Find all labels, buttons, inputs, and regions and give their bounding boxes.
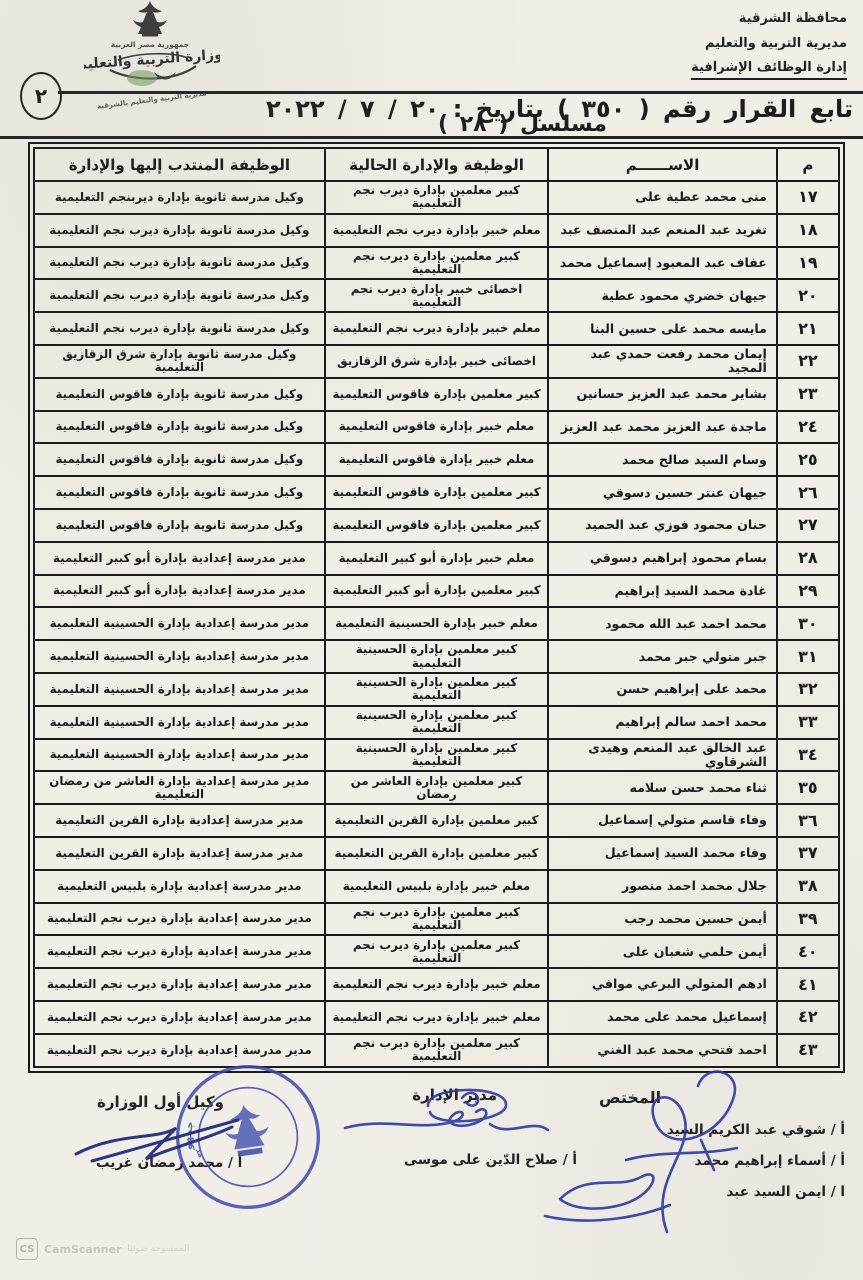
row-current-position: كبير معلمين بإدارة ديرب نجم التعليمية <box>325 181 549 214</box>
row-serial: ٤٣ <box>777 1034 839 1067</box>
table-row: ٢٦ جيهان عنتر حسين دسوقي كبير معلمين بإد… <box>34 476 839 509</box>
official-stamp: جمهورية مصر العربية مديرية التربية والتع… <box>161 1046 334 1228</box>
row-current-position: معلم خبير بإدارة ديرب نجم التعليمية <box>325 214 549 247</box>
row-delegated-position: مدير مدرسة إعدادية بإدارة بلبيس التعليمي… <box>34 870 325 903</box>
col-header-current: الوظيفة والإدارة الحالية <box>325 148 549 181</box>
ministry-emblem-graphic: جمهورية مصر العربية وزارة التربية والتعل… <box>84 0 220 120</box>
row-current-position: كبير معلمين بإدارة القرين التعليمية <box>325 804 549 837</box>
row-current-position: معلم خبير بإدارة ديرب نجم التعليمية <box>325 1001 549 1034</box>
row-delegated-position: مدير مدرسة إعدادية بإدارة أبو كبير التعل… <box>34 542 325 575</box>
row-delegated-position: مدير مدرسة إعدادية بإدارة ديرب نجم التعل… <box>34 903 325 936</box>
row-current-position: كبير معلمين بإدارة الحسينية التعليمية <box>325 640 549 673</box>
row-current-position: كبير معلمين بإدارة الحسينية التعليمية <box>325 739 549 772</box>
row-current-position: معلم خبير بإدارة الحسينية التعليمية <box>325 607 549 640</box>
row-current-position: كبير معلمين بإدارة الحسينية التعليمية <box>325 706 549 739</box>
row-name: مايسه محمد على حسين البنا <box>548 312 777 345</box>
row-name: جيهان خضري محمود عطية <box>548 279 777 312</box>
row-name: وفاء قاسم متولي إسماعيل <box>548 804 777 837</box>
specialist-block: المختص أ / شوقي عبد الكريم السيد أ / أسم… <box>515 1088 845 1200</box>
table-row: ٣٠ محمد احمد عبد الله محمود معلم خبير بإ… <box>34 607 839 640</box>
camscanner-brand: CamScanner <box>44 1243 121 1256</box>
row-name: تغريد عبد المنعم عبد المنصف عبد <box>548 214 777 247</box>
row-serial: ١٨ <box>777 214 839 247</box>
row-delegated-position: وكيل مدرسة ثانوية بإدارة فاقوس التعليمية <box>34 378 325 411</box>
row-name: ثناء محمد حسن سلامه <box>548 771 777 804</box>
row-name: عفاف عبد المعبود إسماعيل محمد <box>548 247 777 280</box>
assignments-table-frame: م الاســــــم الوظيفة والإدارة الحالية ا… <box>28 142 845 1073</box>
emblem-ministry-text: وزارة التربية والتعليم <box>84 47 220 73</box>
top-rule <box>58 91 863 94</box>
row-name: وفاء محمد السيد إسماعيل <box>548 837 777 870</box>
row-current-position: كبير معلمين بإدارة القرين التعليمية <box>325 837 549 870</box>
table-row: ٤١ ادهم المتولي البرعي موافي معلم خبير ب… <box>34 968 839 1001</box>
row-current-position: كبير معلمين بإدارة ديرب نجم التعليمية <box>325 1034 549 1067</box>
table-body: ١٧ منى محمد عطية على كبير معلمين بإدارة … <box>34 181 839 1067</box>
row-current-position: اخصائى خبير بإدارة ديرب نجم التعليمية <box>325 279 549 312</box>
table-row: ٣٦ وفاء قاسم متولي إسماعيل كبير معلمين ب… <box>34 804 839 837</box>
row-current-position: معلم خبير بإدارة فاقوس التعليمية <box>325 411 549 444</box>
ministry-emblem: جمهورية مصر العربية وزارة التربية والتعل… <box>84 0 220 120</box>
row-name: إيمان محمد رفعت حمدي عبد المجيد <box>548 345 777 378</box>
row-serial: ٢١ <box>777 312 839 345</box>
row-delegated-position: وكيل مدرسة ثانوية بإدارة فاقوس التعليمية <box>34 509 325 542</box>
row-name: ماجدة عبد العزيز محمد عبد العزيز <box>548 411 777 444</box>
stamp-top-text: جمهورية مصر العربية <box>161 1060 200 1155</box>
col-header-serial: م <box>777 148 839 181</box>
row-delegated-position: وكيل مدرسة ثانوية بإدارة فاقوس التعليمية <box>34 411 325 444</box>
assignments-table: م الاســــــم الوظيفة والإدارة الحالية ا… <box>33 147 840 1068</box>
row-serial: ٣٤ <box>777 739 839 772</box>
emblem-republic-text: جمهورية مصر العربية <box>111 40 189 49</box>
row-name: بشاير محمد عبد العزيز حسانين <box>548 378 777 411</box>
row-serial: ٣٨ <box>777 870 839 903</box>
row-serial: ٤١ <box>777 968 839 1001</box>
row-serial: ٢٥ <box>777 443 839 476</box>
row-delegated-position: مدير مدرسة إعدادية بإدارة القرين التعليم… <box>34 837 325 870</box>
page-number-badge: ٢ <box>20 72 62 120</box>
row-serial: ٢٧ <box>777 509 839 542</box>
director-title: مدير الإدارة <box>412 1086 497 1104</box>
row-name: عبد الخالق عبد المنعم وهيدى الشرقاوي <box>548 739 777 772</box>
row-serial: ٢٢ <box>777 345 839 378</box>
stamp-eagle-icon <box>222 1102 271 1150</box>
table-row: ٣٧ وفاء محمد السيد إسماعيل كبير معلمين ب… <box>34 837 839 870</box>
row-serial: ٣٢ <box>777 673 839 706</box>
row-name: محمد على إبراهيم حسن <box>548 673 777 706</box>
governorate-line: محافظة الشرقية <box>691 12 847 26</box>
table-row: ١٩ عفاف عبد المعبود إسماعيل محمد كبير مع… <box>34 247 839 280</box>
table-row: ٢١ مايسه محمد على حسين البنا معلم خبير ب… <box>34 312 839 345</box>
table-row: ٢٥ وسام السيد صالح محمد معلم خبير بإدارة… <box>34 443 839 476</box>
scanned-decree-page: جمهورية مصر العربية وزارة التربية والتعل… <box>0 0 863 1280</box>
table-row: ٤٠ أيمن حلمي شعبان على كبير معلمين بإدار… <box>34 935 839 968</box>
table-row: ٢٣ بشاير محمد عبد العزيز حسانين كبير معل… <box>34 378 839 411</box>
row-delegated-position: وكيل مدرسة ثانوية بإدارة ديربنجم التعليم… <box>34 181 325 214</box>
row-delegated-position: مدير مدرسة إعدادية بإدارة ديرب نجم التعل… <box>34 968 325 1001</box>
row-delegated-position: مدير مدرسة إعدادية بإدارة ديرب نجم التعل… <box>34 1001 325 1034</box>
row-serial: ٢٤ <box>777 411 839 444</box>
row-name: جلال محمد احمد منصور <box>548 870 777 903</box>
table-row: ٤٣ احمد فتحي محمد عبد الغني كبير معلمين … <box>34 1034 839 1067</box>
specialist-title: المختص <box>599 1088 845 1107</box>
row-name: منى محمد عطية على <box>548 181 777 214</box>
decree-serial: مسلسل ( ٢٨ ) <box>438 112 607 137</box>
row-delegated-position: مدير مدرسة إعدادية بإدارة ديرب نجم التعل… <box>34 935 325 968</box>
row-name: احمد فتحي محمد عبد الغني <box>548 1034 777 1067</box>
row-serial: ٤٠ <box>777 935 839 968</box>
table-row: ٢٢ إيمان محمد رفعت حمدي عبد المجيد اخصائ… <box>34 345 839 378</box>
table-row: ٢٧ حنان محمود فوزي عبد الحميد كبير معلمي… <box>34 509 839 542</box>
page-number: ٢ <box>35 84 47 108</box>
row-delegated-position: وكيل مدرسة ثانوية بإدارة فاقوس التعليمية <box>34 443 325 476</box>
row-delegated-position: مدير مدرسة إعدادية بإدارة أبو كبير التعل… <box>34 575 325 608</box>
row-serial: ٣٧ <box>777 837 839 870</box>
agency-header: محافظة الشرقية مديرية التربية والتعليم إ… <box>691 12 847 91</box>
row-current-position: كبير معلمين بإدارة العاشر من رمضان <box>325 771 549 804</box>
signature-director-line <box>345 1109 486 1128</box>
row-serial: ٤٢ <box>777 1001 839 1034</box>
specialist-name-1: أ / شوقي عبد الكريم السيد <box>515 1122 845 1138</box>
row-serial: ٢٨ <box>777 542 839 575</box>
row-delegated-position: مدير مدرسة إعدادية بإدارة الحسينية التعل… <box>34 739 325 772</box>
table-row: ٤٢ إسماعيل محمد على محمد معلم خبير بإدار… <box>34 1001 839 1034</box>
row-current-position: كبير معلمين بإدارة فاقوس التعليمية <box>325 509 549 542</box>
row-current-position: كبير معلمين بإدارة ديرب نجم التعليمية <box>325 935 549 968</box>
row-delegated-position: مدير مدرسة إعدادية بإدارة القرين التعليم… <box>34 804 325 837</box>
row-current-position: كبير معلمين بإدارة فاقوس التعليمية <box>325 378 549 411</box>
row-current-position: معلم خبير بإدارة أبو كبير التعليمية <box>325 542 549 575</box>
row-name: محمد احمد عبد الله محمود <box>548 607 777 640</box>
row-name: ادهم المتولي البرعي موافي <box>548 968 777 1001</box>
department-line: إدارة الوظائف الإشرافية <box>691 61 847 80</box>
row-current-position: معلم خبير بإدارة بلبيس التعليمية <box>325 870 549 903</box>
table-row: ٣٣ محمد احمد سالم إبراهيم كبير معلمين بإ… <box>34 706 839 739</box>
row-serial: ٣٥ <box>777 771 839 804</box>
row-current-position: كبير معلمين بإدارة أبو كبير التعليمية <box>325 575 549 608</box>
row-serial: ٣٩ <box>777 903 839 936</box>
table-row: ٢٤ ماجدة عبد العزيز محمد عبد العزيز معلم… <box>34 411 839 444</box>
row-name: حنان محمود فوزي عبد الحميد <box>548 509 777 542</box>
row-delegated-position: مدير مدرسة إعدادية بإدارة الحسينية التعل… <box>34 640 325 673</box>
table-row: ١٧ منى محمد عطية على كبير معلمين بإدارة … <box>34 181 839 214</box>
row-current-position: اخصائى خبير بإدارة شرق الزقازيق <box>325 345 549 378</box>
table-row: ٣٤ عبد الخالق عبد المنعم وهيدى الشرقاوي … <box>34 739 839 772</box>
emblem-green-mark <box>127 70 157 86</box>
row-current-position: كبير معلمين بإدارة فاقوس التعليمية <box>325 476 549 509</box>
specialist-name-3: ا / ايمن السيد عبد <box>515 1184 845 1200</box>
col-header-name: الاســــــم <box>548 148 777 181</box>
table-row: ٣٥ ثناء محمد حسن سلامه كبير معلمين بإدار… <box>34 771 839 804</box>
row-current-position: معلم خبير بإدارة ديرب نجم التعليمية <box>325 968 549 1001</box>
row-current-position: كبير معلمين بإدارة الحسينية التعليمية <box>325 673 549 706</box>
row-delegated-position: مدير مدرسة إعدادية بإدارة الحسينية التعل… <box>34 673 325 706</box>
row-serial: ٣٦ <box>777 804 839 837</box>
row-delegated-position: وكيل مدرسة ثانوية بإدارة ديرب نجم التعلي… <box>34 312 325 345</box>
row-current-position: معلم خبير بإدارة فاقوس التعليمية <box>325 443 549 476</box>
row-serial: ١٩ <box>777 247 839 280</box>
row-name: إسماعيل محمد على محمد <box>548 1001 777 1034</box>
row-name: جيهان عنتر حسين دسوقي <box>548 476 777 509</box>
row-name: جبر متولي جبر محمد <box>548 640 777 673</box>
row-serial: ١٧ <box>777 181 839 214</box>
table-row: ٢٠ جيهان خضري محمود عطية اخصائى خبير بإد… <box>34 279 839 312</box>
eagle-icon <box>133 1 167 34</box>
row-name: بسام محمود إبراهيم دسوقي <box>548 542 777 575</box>
row-delegated-position: مدير مدرسة إعدادية بإدارة الحسينية التعل… <box>34 706 325 739</box>
title-underline <box>0 136 863 139</box>
row-name: وسام السيد صالح محمد <box>548 443 777 476</box>
director-name: أ / صلاح الدّين على موسى <box>404 1152 577 1168</box>
table-row: ١٨ تغريد عبد المنعم عبد المنصف عبد معلم … <box>34 214 839 247</box>
table-row: ٣٨ جلال محمد احمد منصور معلم خبير بإدارة… <box>34 870 839 903</box>
table-row: ٢٨ بسام محمود إبراهيم دسوقي معلم خبير بإ… <box>34 542 839 575</box>
row-current-position: معلم خبير بإدارة ديرب نجم التعليمية <box>325 312 549 345</box>
table-row: ٣١ جبر متولي جبر محمد كبير معلمين بإدارة… <box>34 640 839 673</box>
camscanner-logo-icon: CS <box>16 1238 38 1260</box>
camscanner-note: الممسوحة ضوئيا <box>127 1244 189 1254</box>
table-row: ٣٢ محمد على إبراهيم حسن كبير معلمين بإدا… <box>34 673 839 706</box>
row-serial: ٢٠ <box>777 279 839 312</box>
row-serial: ٣٣ <box>777 706 839 739</box>
row-name: محمد احمد سالم إبراهيم <box>548 706 777 739</box>
row-delegated-position: مدير مدرسة إعدادية بإدارة الحسينية التعل… <box>34 607 325 640</box>
row-delegated-position: مدير مدرسة إعدادية بإدارة العاشر من رمضا… <box>34 771 325 804</box>
col-header-delegated: الوظيفة المنتدب إليها والإدارة <box>34 148 325 181</box>
row-serial: ٢٩ <box>777 575 839 608</box>
row-name: أيمن حسين محمد رجب <box>548 903 777 936</box>
row-serial: ٣٠ <box>777 607 839 640</box>
row-name: أيمن حلمي شعبان على <box>548 935 777 968</box>
table-row: ٢٩ غادة محمد السيد إبراهيم كبير معلمين ب… <box>34 575 839 608</box>
row-delegated-position: وكيل مدرسة ثانوية بإدارة ديرب نجم التعلي… <box>34 247 325 280</box>
row-delegated-position: وكيل مدرسة ثانوية بإدارة ديرب نجم التعلي… <box>34 214 325 247</box>
row-delegated-position: وكيل مدرسة ثانوية بإدارة شرق الزقازيق ال… <box>34 345 325 378</box>
row-name: غادة محمد السيد إبراهيم <box>548 575 777 608</box>
table-row: ٣٩ أيمن حسين محمد رجب كبير معلمين بإدارة… <box>34 903 839 936</box>
directorate-line: مديرية التربية والتعليم <box>691 37 847 51</box>
scanner-watermark: CS CamScanner الممسوحة ضوئيا <box>16 1238 189 1260</box>
table-header-row: م الاســــــم الوظيفة والإدارة الحالية ا… <box>34 148 839 181</box>
row-serial: ٢٣ <box>777 378 839 411</box>
row-serial: ٢٦ <box>777 476 839 509</box>
row-current-position: كبير معلمين بإدارة ديرب نجم التعليمية <box>325 247 549 280</box>
row-delegated-position: وكيل مدرسة ثانوية بإدارة فاقوس التعليمية <box>34 476 325 509</box>
row-current-position: كبير معلمين بإدارة ديرب نجم التعليمية <box>325 903 549 936</box>
row-delegated-position: وكيل مدرسة ثانوية بإدارة ديرب نجم التعلي… <box>34 279 325 312</box>
row-serial: ٣١ <box>777 640 839 673</box>
